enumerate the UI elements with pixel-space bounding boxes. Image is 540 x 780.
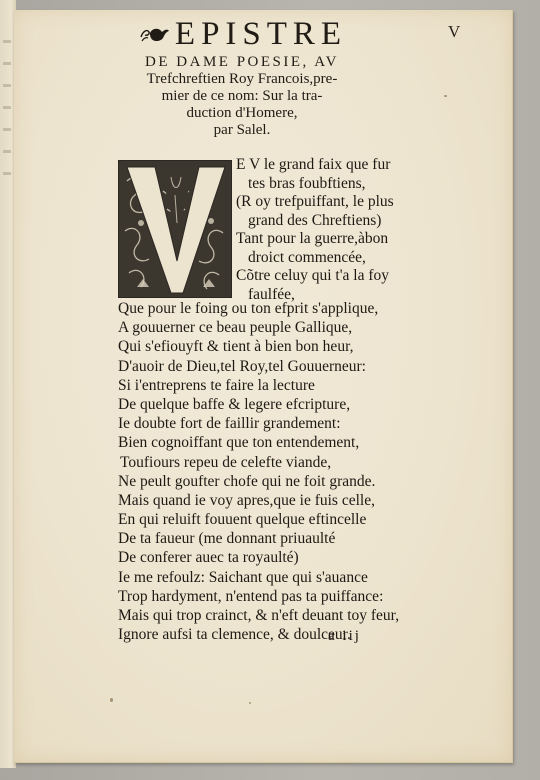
signature-mark: a iij [328,628,361,645]
verse-main: Que pour le foing ou ton efprit s'appliq… [118,300,399,645]
title-line: par Salel. [92,122,392,139]
verse-line: Ie me refoulz: Saichant que qui s'auance [118,569,399,588]
title-line: duction d'Homere, [92,105,392,122]
verse-line: Mais quand ie voy apres,que ie fuis cell… [118,492,399,511]
verse-line: De conferer auec ta royaulté) [118,549,399,568]
title-line: Trefchreftien Roy Francois,pre- [92,71,392,88]
title: EPISTRE [175,16,347,52]
foxing-spot [249,702,251,704]
verse-line: Que pour le foing ou ton efprit s'appliq… [118,300,399,319]
page-number: V [448,22,460,42]
heading: EPISTRE DE DAME POESIE, AV Trefchreftien… [92,16,392,139]
foxing-spot [444,95,447,97]
verse-line: Toufiours repeu de celefte viande, [118,454,399,473]
verse-line: D'auoir de Dieu,tel Roy,tel Gouuerneur: [118,358,399,377]
foxing-spot [110,698,113,702]
verse-line: E V le grand faix que fur [236,156,394,175]
verse-line: Qui s'efiouyft & tient à bien bon heur, [118,338,399,357]
fleuron-icon [137,23,171,45]
verse-line: (R oy trefpuiffant, le plus [236,193,394,212]
verse-line: Mais qui trop crainct, & n'eft deuant to… [118,607,399,626]
verse-line: Ne peult goufter chofe qui ne foit grand… [118,473,399,492]
verse-line: De ta faueur (me donnant priuaulté [118,530,399,549]
drop-cap-woodcut [118,160,232,298]
verse-line: droict commencée, [236,249,394,268]
verse-beside-dropcap: E V le grand faix que fur tes bras foubf… [236,156,394,304]
verse-line: En qui reluift fouuent quelque eftincell… [118,511,399,530]
verse-line: De quelque baffe & legere efcripture, [118,396,399,415]
verse-line: Ie doubte fort de faillir grandement: [118,415,399,434]
title-line: mier de ce nom: Sur la tra- [92,88,392,105]
verse-line: grand des Chreftiens) [236,212,394,231]
verse-line: A gouuerner ce beau peuple Gallique, [118,319,399,338]
verse-line: Cõtre celuy qui t'a la foy [236,267,394,286]
verse-line: Tant pour la guerre,àbon [236,230,394,249]
drop-cap-v-icon [119,161,232,298]
verse-line: Bien cognoiffant que ton entendement, [118,434,399,453]
verse-line: Si i'entreprens te faire la lecture [118,377,399,396]
verse-line: Trop hardyment, n'entend pas ta puiffanc… [118,588,399,607]
subtitle: DE DAME POESIE, AV [92,54,392,71]
verse-line: tes bras foubftiens, [236,175,394,194]
